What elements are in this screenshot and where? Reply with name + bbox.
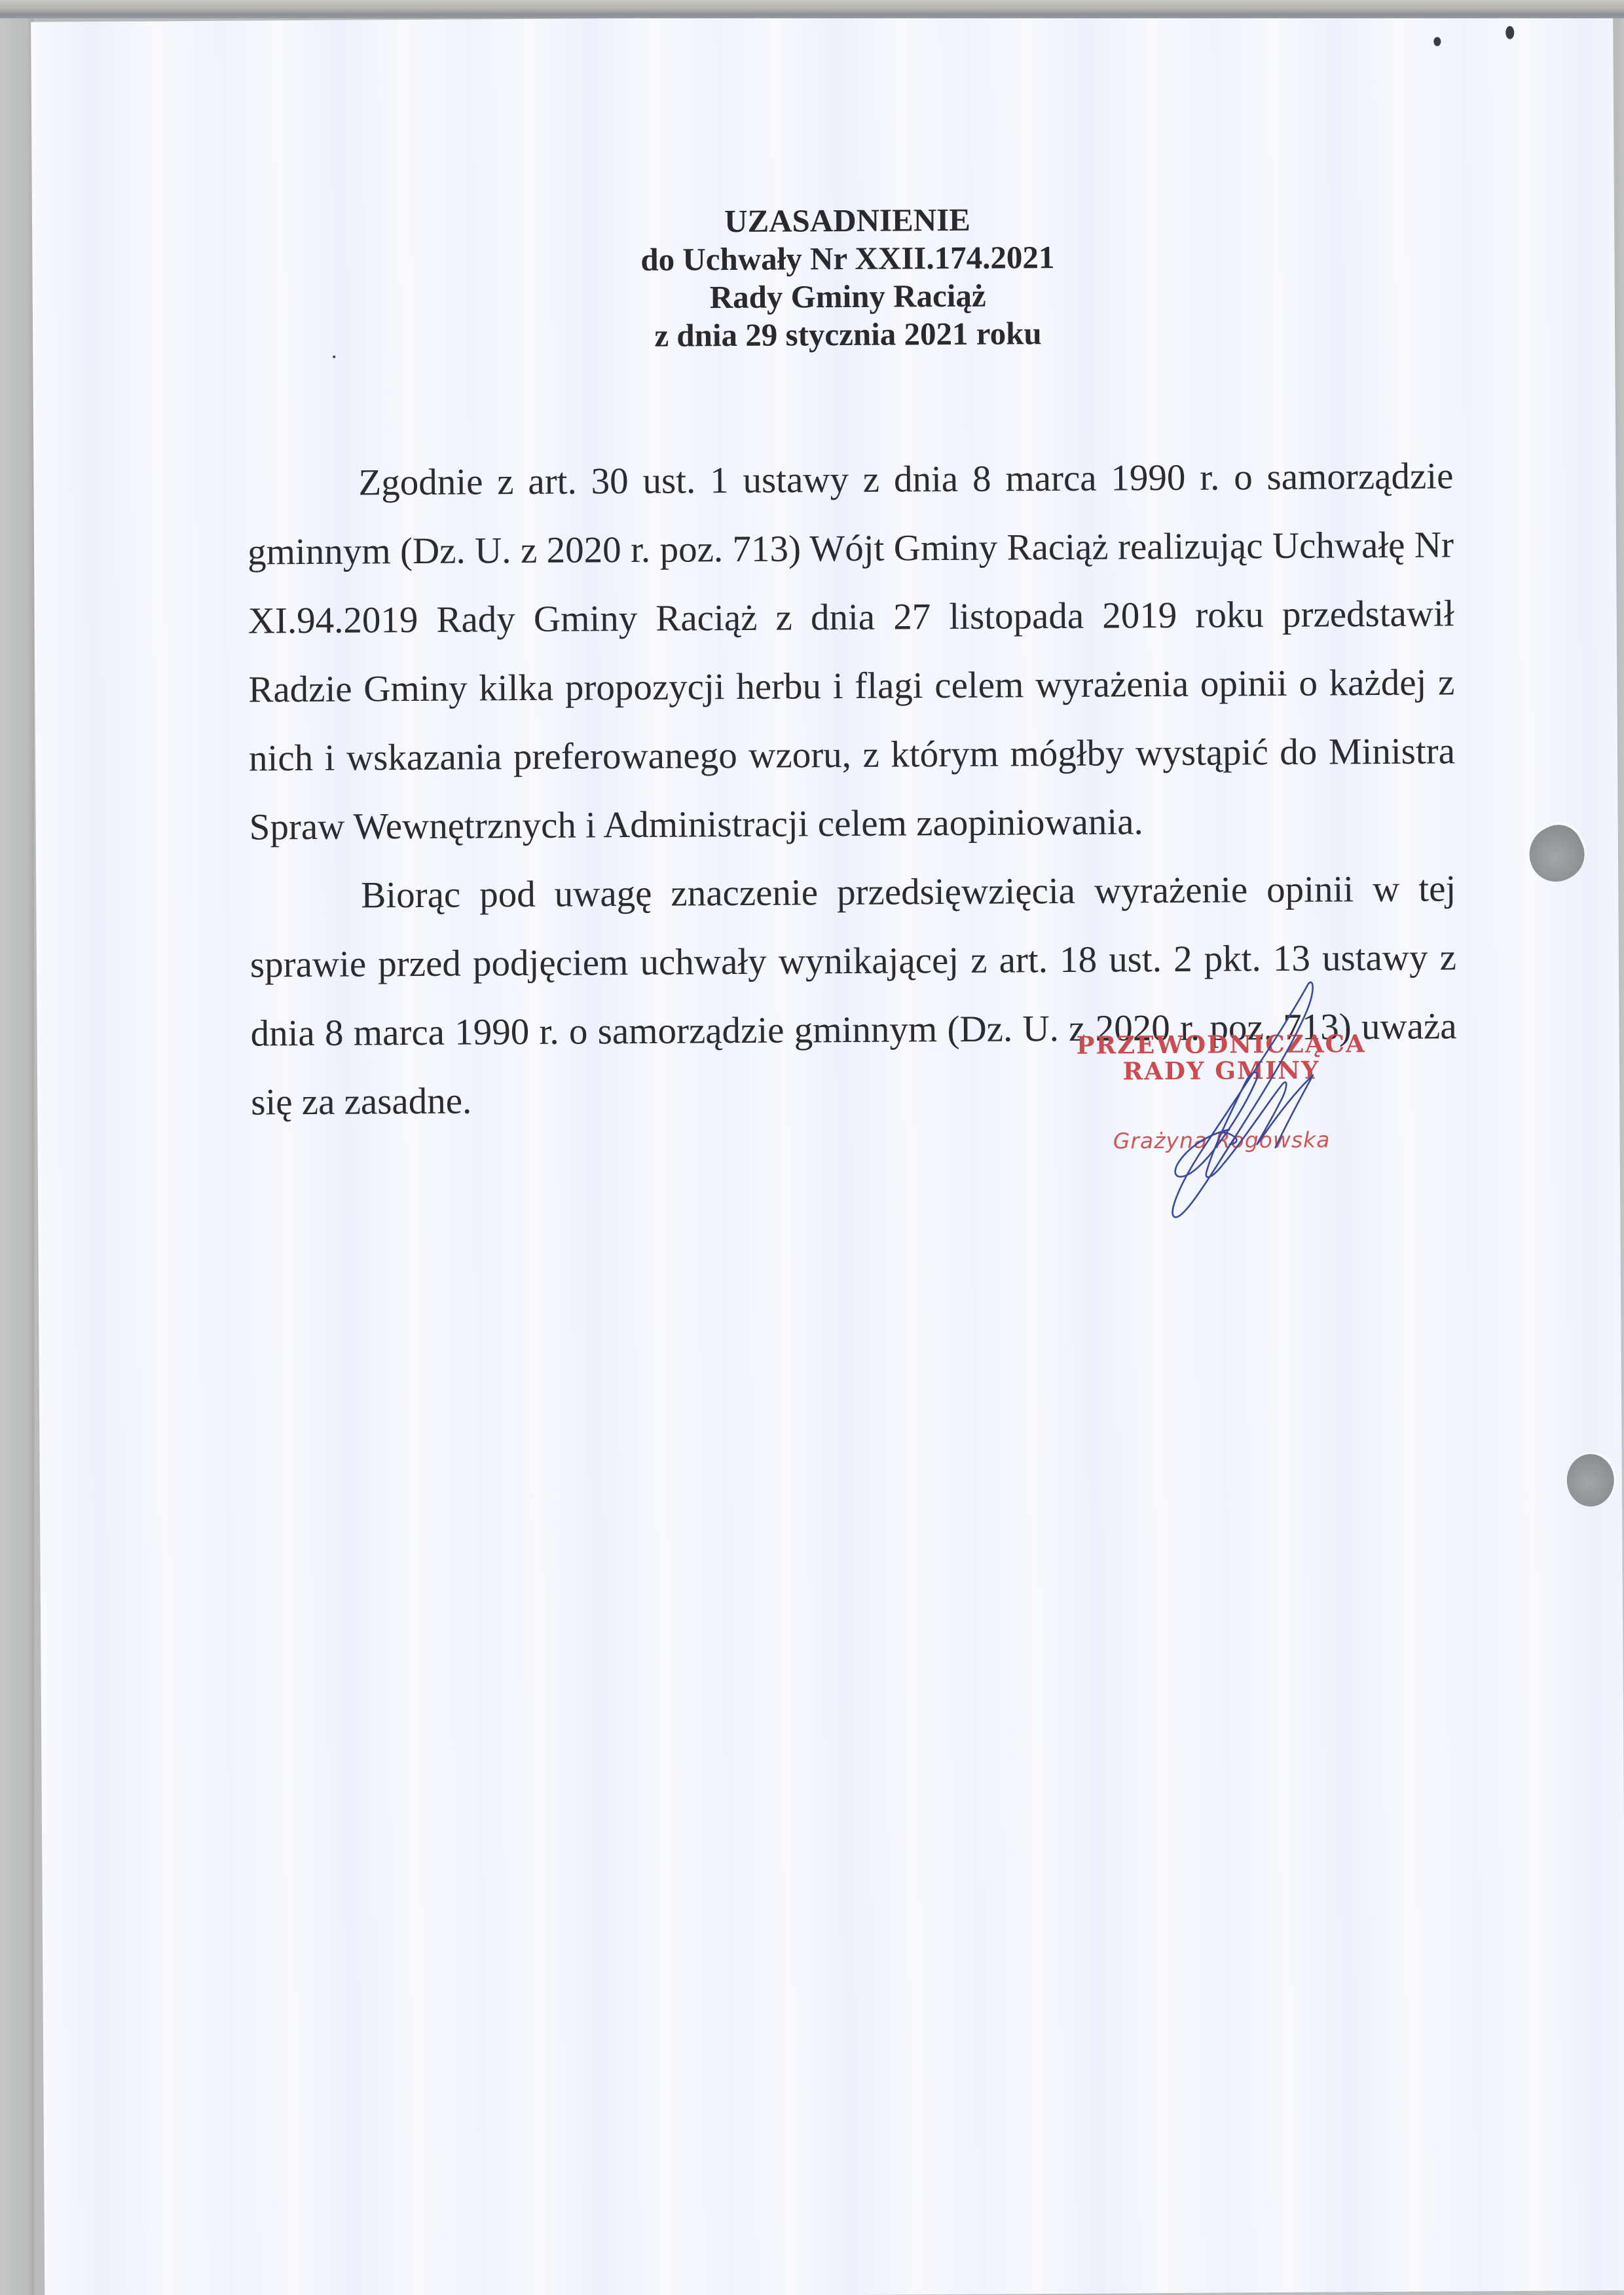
scanner-edge-top (0, 0, 1624, 18)
scan-speck (333, 356, 335, 358)
document-title: UZASADNIENIE do Uchwały Nr XXII.174.2021… (32, 196, 1624, 358)
body-paragraph-1: Zgodnie z art. 30 ust. 1 ustawy z dnia 8… (247, 441, 1456, 861)
stamp-role-line-2: RADY GMINY (1051, 1056, 1392, 1085)
stamp-role-line-1: PRZEWODNICZĄCA (1051, 1030, 1392, 1058)
scan-speck (1433, 37, 1441, 46)
document-page: UZASADNIENIE do Uchwały Nr XXII.174.2021… (31, 12, 1624, 2295)
punch-hole-lower (1567, 1454, 1614, 1506)
scan-speck (1505, 26, 1514, 39)
scanner-edge-left (0, 0, 34, 2295)
stamp-signatory-name: Grażyna Rogowska (1051, 1127, 1392, 1155)
official-stamp: PRZEWODNICZĄCA RADY GMINY Grażyna Rogows… (1051, 1030, 1392, 1155)
punch-hole-upper (1520, 817, 1593, 890)
